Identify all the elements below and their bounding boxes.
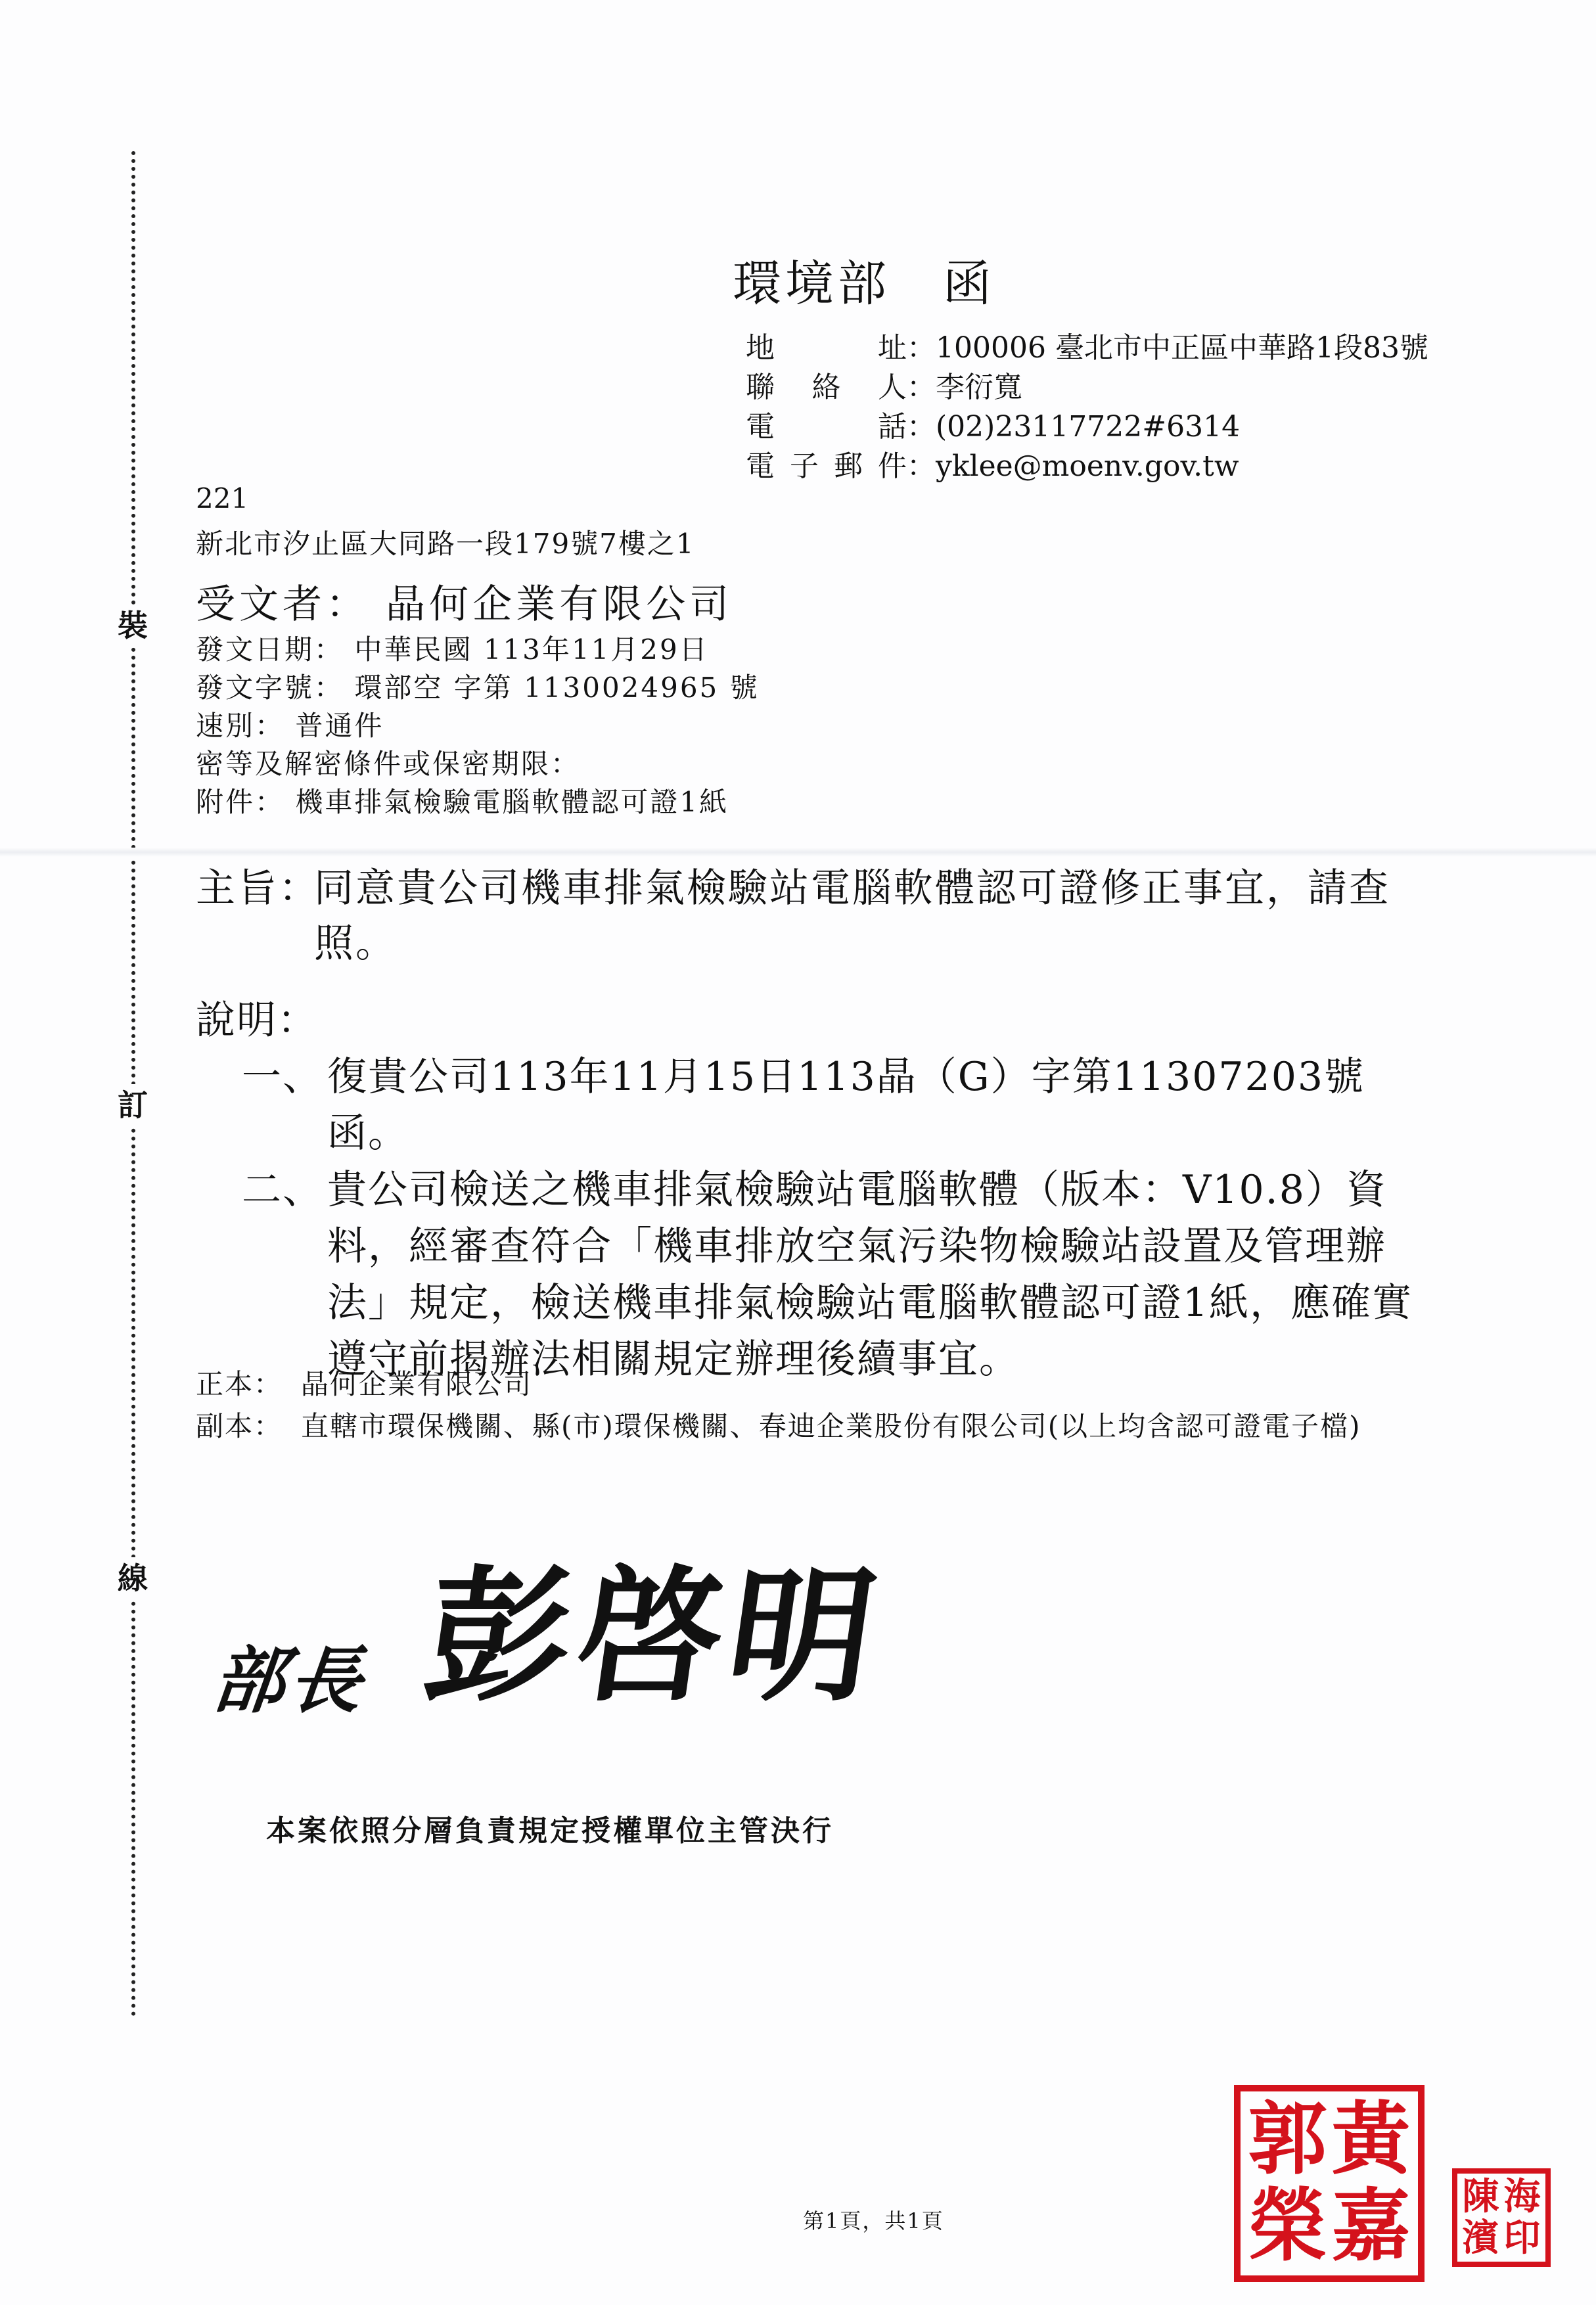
page-number: 第1頁，共1頁 [803,2204,944,2235]
item-text: 貴公司檢送之機車排氣檢驗站電腦軟體（版本：V10.8）資料，經審查符合「機車排放… [327,1162,1438,1388]
cc-recipients: 副本： 直轄市環保機關、縣(市)環保機關、春迪企業股份有限公司(以上均含認可證電… [196,1405,1431,1448]
contact-address: 地 址 ：100006 臺北市中正區中華路1段83號 [746,329,1428,368]
item-number: 一、 [242,1049,327,1162]
seal-char: 黃 [1329,2097,1413,2183]
label-char: 絡 [812,368,841,407]
contact-label: 電 話 [746,407,907,447]
label-char: 電 [746,447,775,486]
subject-section: 主旨： 同意貴公司機車排氣檢驗站電腦軟體認可證修正事宜，請查照。 [196,861,1444,971]
contact-value: ：100006 臺北市中正區中華路1段83號 [907,329,1428,368]
urgency: 速別： 普通件 [196,707,760,745]
label-char: 聯 [746,368,775,407]
item-text: 復貴公司113年11月15日113晶（G）字第11307203號函。 [327,1049,1438,1162]
contact-email: 電 子 郵 件 ：yklee@moenv.gov.tw [746,447,1428,486]
seal-char: 榮 [1246,2183,1329,2270]
label-char: 地 [746,329,775,368]
recipient-name: 晶何企業有限公司 [386,582,733,628]
seal-char: 陳 [1460,2176,1501,2218]
seal-char: 郭 [1246,2097,1329,2183]
seal-char: 嘉 [1329,2183,1413,2270]
label-char: 址 [878,329,907,368]
contact-label: 聯 絡 人 [746,368,907,407]
contact-label: 電 子 郵 件 [746,447,907,486]
document-number: 發文字號： 環部空 字第 1130024965 號 [196,669,760,707]
contact-value: ：yklee@moenv.gov.tw [907,447,1239,486]
label-char: 人 [878,368,907,407]
binding-mark-line: 線 [112,1557,154,1599]
binding-mark-bind: 裝 [112,605,154,647]
binding-mark-staple: 訂 [112,1084,154,1126]
sender-contact-block: 地 址 ：100006 臺北市中正區中華路1段83號 聯 絡 人 ：李衍寬 電 … [746,329,1428,486]
cc-label: 副本： [196,1405,301,1448]
contact-label: 地 址 [746,329,907,368]
description-item: 二、 貴公司檢送之機車排氣檢驗站電腦軟體（版本：V10.8）資料，經審查符合「機… [242,1162,1438,1388]
cc-value: 直轄市環保機關、縣(市)環保機關、春迪企業股份有限公司(以上均含認可證電子檔) [301,1405,1431,1448]
recipient-zip: 221 [196,485,248,513]
document-title: 環境部 函 [733,260,995,308]
subject-text: 同意貴公司機車排氣檢驗站電腦軟體認可證修正事宜，請查照。 [314,861,1444,971]
issue-date: 發文日期： 中華民國 113年11月29日 [196,631,760,669]
recipient-label: 受文者： [196,582,369,628]
seal-char: 濱 [1460,2218,1501,2259]
description-section: 說明： 一、 復貴公司113年11月15日113晶（G）字第11307203號函… [196,992,1438,1388]
contact-phone: 電 話 ：(02)23117722#6314 [746,407,1428,447]
official-seal-large: 郭 黃 榮 嘉 [1234,2085,1425,2282]
official-seal-small: 陳 海 濱 印 [1452,2168,1551,2267]
contact-person: 聯 絡 人 ：李衍寬 [746,368,1428,407]
label-char: 子 [790,447,819,486]
page-fold-divider [0,848,1596,857]
contact-value: ：(02)23117722#6314 [907,407,1240,447]
delegation-note: 本案依照分層負責規定授權單位主管決行 [266,1807,834,1849]
original-value: 晶何企業有限公司 [301,1363,1431,1405]
original-label: 正本： [196,1363,301,1405]
description-item: 一、 復貴公司113年11月15日113晶（G）字第11307203號函。 [242,1049,1438,1162]
label-char: 件 [878,447,907,486]
original-recipient: 正本： 晶何企業有限公司 [196,1363,1431,1405]
contact-value: ：李衍寬 [907,368,1022,407]
item-number: 二、 [242,1162,327,1388]
attachment: 附件： 機車排氣檢驗電腦軟體認可證1紙 [196,783,760,821]
signature-title: 部長 [208,1623,372,1727]
document-meta: 發文日期： 中華民國 113年11月29日 發文字號： 環部空 字第 11300… [196,631,760,821]
seal-char: 印 [1501,2218,1543,2259]
signature-name: 彭啓明 [417,1564,891,1708]
description-label: 說明： [196,992,1438,1049]
subject-label: 主旨： [196,861,314,971]
label-char: 郵 [834,447,863,486]
label-char: 話 [878,407,907,447]
label-char: 電 [746,407,775,447]
recipient-address: 新北市汐止區大同路一段179號7樓之1 [196,522,695,562]
distribution-section: 正本： 晶何企業有限公司 副本： 直轄市環保機關、縣(市)環保機關、春迪企業股份… [196,1363,1431,1448]
recipient: 受文者： 晶何企業有限公司 [196,573,733,629]
classification: 密等及解密條件或保密期限： [196,745,760,783]
seal-char: 海 [1501,2176,1543,2218]
